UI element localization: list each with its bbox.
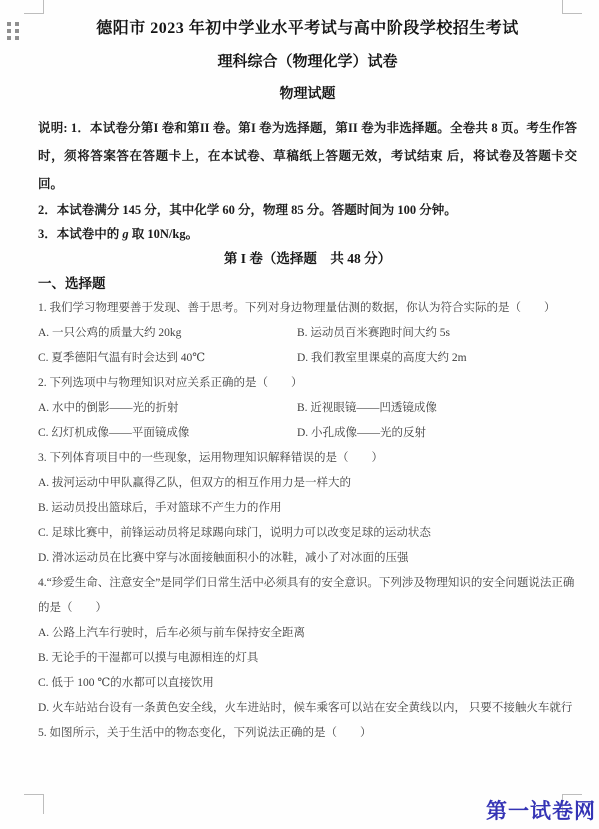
question-4: 4.“珍爱生命、注意安全”是同学们日常生活中必须具有的安全意识。下列涉及物理知识…	[38, 571, 577, 721]
question-1-option-a: A. 一只公鸡的质量大约 20kg	[38, 321, 297, 346]
question-4-option-d: D. 火车站站台设有一条黄色安全线，火车进站时，候车乘客可以站在安全黄线以内， …	[38, 696, 577, 721]
question-2-stem: 2. 下列选项中与物理知识对应关系正确的是（ ）	[38, 371, 577, 396]
part1-heading: 第 I 卷（选择题 共 48 分）	[38, 246, 577, 271]
question-3-option-b: B. 运动员投出篮球后，手对篮球不产生力的作用	[38, 496, 577, 521]
question-1: 1. 我们学习物理要善于发现、善于思考。下列对身边物理量估测的数据，你认为符合实…	[38, 296, 577, 371]
question-2-option-d: D. 小孔成像——光的反射	[297, 421, 577, 446]
page-corner-mark-top-left	[24, 0, 44, 14]
question-2-option-b: B. 近视眼镜——凹透镜成像	[297, 396, 577, 421]
question-2: 2. 下列选项中与物理知识对应关系正确的是（ ） A. 水中的倒影——光的折射 …	[38, 371, 577, 446]
paper-title: 理科综合（物理化学）试卷	[38, 52, 577, 73]
page-content: 德阳市 2023 年初中学业水平考试与高中阶段学校招生考试 理科综合（物理化学）…	[38, 14, 577, 746]
dot	[15, 36, 19, 40]
question-4-option-a: A. 公路上汽车行驶时，后车必须与前车保持安全距离	[38, 621, 577, 646]
dot	[7, 36, 11, 40]
subject-heading: 物理试题	[38, 85, 577, 105]
dot	[15, 22, 19, 26]
dot	[15, 29, 19, 33]
question-1-option-b: B. 运动员百米赛跑时间大约 5s	[297, 321, 577, 346]
instructions-paragraph-1: 说明: 1．本试卷分第I 卷和第II 卷。第I 卷为选择题，第II 卷为非选择题…	[38, 114, 577, 198]
exam-document-page: 德阳市 2023 年初中学业水平考试与高中阶段学校招生考试 理科综合（物理化学）…	[0, 0, 599, 829]
question-4-option-b: B. 无论手的干湿都可以摸与电源相连的灯具	[38, 646, 577, 671]
question-1-option-c: C. 夏季德阳气温有时会达到 40℃	[38, 346, 297, 371]
instruction-3-suffix: 取 10N/kg。	[129, 227, 198, 241]
drag-handle-icon[interactable]	[7, 22, 19, 40]
question-1-stem: 1. 我们学习物理要善于发现、善于思考。下列对身边物理量估测的数据，你认为符合实…	[38, 296, 577, 321]
question-4-stem: 4.“珍爱生命、注意安全”是同学们日常生活中必须具有的安全意识。下列涉及物理知识…	[38, 571, 577, 621]
question-3-option-d: D. 滑冰运动员在比赛中穿与冰面接触面积小的冰鞋，减小了对冰面的压强	[38, 546, 577, 571]
question-5-stem: 5. 如图所示，关于生活中的物态变化，下列说法正确的是（ ）	[38, 721, 577, 746]
page-corner-mark-top-right	[562, 0, 582, 14]
exam-title: 德阳市 2023 年初中学业水平考试与高中阶段学校招生考试	[38, 18, 577, 40]
question-list: 1. 我们学习物理要善于发现、善于思考。下列对身边物理量估测的数据，你认为符合实…	[38, 296, 577, 746]
dot	[7, 22, 11, 26]
question-3-stem: 3. 下列体育项目中的一些现象，运用物理知识解释错误的是（ ）	[38, 446, 577, 471]
multiple-choice-section-heading: 一、选择题	[38, 271, 577, 296]
instructions-paragraph-2: 2．本试卷满分 145 分，其中化学 60 分，物理 85 分。答题时间为 10…	[38, 198, 577, 222]
page-corner-mark-bottom-left	[24, 794, 44, 814]
question-3-option-c: C. 足球比赛中，前锋运动员将足球踢向球门，说明力可以改变足球的运动状态	[38, 521, 577, 546]
question-1-option-d: D. 我们教室里课桌的高度大约 2m	[297, 346, 577, 371]
watermark-site-logo: 第一试卷网	[486, 795, 596, 825]
question-2-option-a: A. 水中的倒影——光的折射	[38, 396, 297, 421]
question-2-option-c: C. 幻灯机成像——平面镜成像	[38, 421, 297, 446]
question-3-option-a: A. 拔河运动中甲队赢得乙队，但双方的相互作用力是一样大的	[38, 471, 577, 496]
dot	[7, 29, 11, 33]
question-2-options: A. 水中的倒影——光的折射 B. 近视眼镜——凹透镜成像 C. 幻灯机成像——…	[38, 396, 577, 446]
question-4-option-c: C. 低于 100 ℃的水都可以直接饮用	[38, 671, 577, 696]
question-5: 5. 如图所示，关于生活中的物态变化，下列说法正确的是（ ）	[38, 721, 577, 746]
instruction-3-prefix: 3．本试卷中的	[38, 227, 122, 241]
instructions-paragraph-3: 3．本试卷中的 g 取 10N/kg。	[38, 222, 577, 246]
question-3: 3. 下列体育项目中的一些现象，运用物理知识解释错误的是（ ） A. 拔河运动中…	[38, 446, 577, 571]
question-1-options: A. 一只公鸡的质量大约 20kg B. 运动员百米赛跑时间大约 5s C. 夏…	[38, 321, 577, 371]
